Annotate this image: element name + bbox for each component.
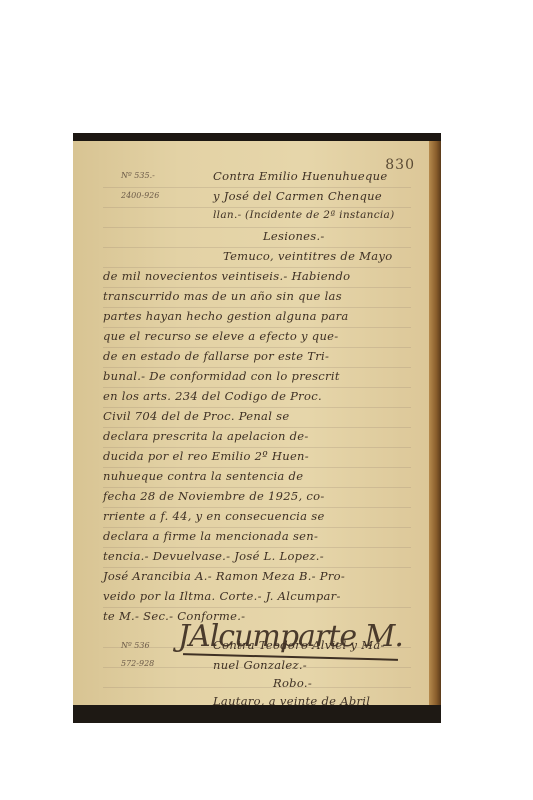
ruled-line: [103, 387, 411, 388]
ruled-line: [103, 687, 411, 688]
entry-heading: Robo.-: [273, 676, 312, 690]
entry-line: ducida por el reo Emilio 2º Huen-: [103, 449, 309, 463]
entry-line: José Arancibia A.- Ramon Meza B.- Pro-: [103, 569, 345, 583]
ruled-line: [103, 267, 411, 268]
ruled-line: [103, 467, 411, 468]
ruled-line: [103, 567, 411, 568]
ledger-page: 830 Nº 535.- 2400-926 Contra Emilio Huen…: [73, 141, 429, 706]
ruled-line: [103, 487, 411, 488]
entry-line: de mil novecientos veintiseis.- Habiendo: [103, 269, 350, 283]
ruled-line: [103, 607, 411, 608]
entry-line: que el recurso se eleve a efecto y que-: [103, 329, 338, 343]
entry-line: Contra Emilio Huenuhueque: [213, 169, 387, 183]
bottom-shadow: [73, 705, 441, 723]
entry-line: llan.- (Incidente de 2ª instancia): [213, 209, 395, 221]
entry-line: nuel Gonzalez.-: [213, 658, 307, 672]
ruled-line: [103, 327, 411, 328]
entry-line: en los arts. 234 del Codigo de Proc.: [103, 389, 322, 403]
ruled-line: [103, 227, 411, 228]
ruled-line: [103, 547, 411, 548]
entry-line: partes hayan hecho gestion alguna para: [103, 309, 349, 323]
entry-line: bunal.- De conformidad con lo prescrit: [103, 369, 340, 383]
ruled-line: [103, 367, 411, 368]
ruled-line: [103, 407, 411, 408]
entry-line: declara prescrita la apelacion de-: [103, 429, 309, 443]
ruled-line: [103, 247, 411, 248]
book-edge: [429, 141, 441, 709]
ruled-line: [103, 427, 411, 428]
entry-line: Contra Teodoro Alviel y Ma-: [213, 638, 385, 652]
entry-number: Nº 536: [121, 641, 150, 650]
ruled-line: [103, 287, 411, 288]
entry-line: declara a firme la mencionada sen-: [103, 529, 318, 543]
entry-line: nuhueque contra la sentencia de: [103, 469, 303, 483]
entry-line: fecha 28 de Noviembre de 1925, co-: [103, 489, 325, 503]
ruled-line: [103, 507, 411, 508]
entry-line: Temuco, veintitres de Mayo: [223, 249, 392, 263]
entry-line: tencia.- Devuelvase.- José L. Lopez.-: [103, 549, 324, 563]
entry-line: de en estado de fallarse por este Tri-: [103, 349, 329, 363]
entry-code: 2400-926: [121, 191, 159, 200]
entry-heading: Lesiones.-: [263, 229, 325, 243]
entry-line: veido por la Iltma. Corte.- J. Alcumpar-: [103, 589, 341, 603]
ruled-line: [103, 447, 411, 448]
ledger-photo: 830 Nº 535.- 2400-926 Contra Emilio Huen…: [73, 133, 441, 723]
entry-line: y José del Carmen Chenque: [213, 189, 382, 203]
page-number: 830: [385, 157, 415, 173]
ruled-line: [103, 207, 411, 208]
entry-line: rriente a f. 44, y en consecuencia se: [103, 509, 325, 523]
entry-number: Nº 535.-: [121, 171, 155, 180]
ruled-line: [103, 347, 411, 348]
ruled-line: [103, 527, 411, 528]
ruled-line: [103, 307, 411, 308]
entry-code: 572-928: [121, 659, 154, 668]
entry-line: transcurrido mas de un año sin que las: [103, 289, 342, 303]
entry-line: Civil 704 del de Proc. Penal se: [103, 409, 289, 423]
ruled-line: [103, 187, 411, 188]
